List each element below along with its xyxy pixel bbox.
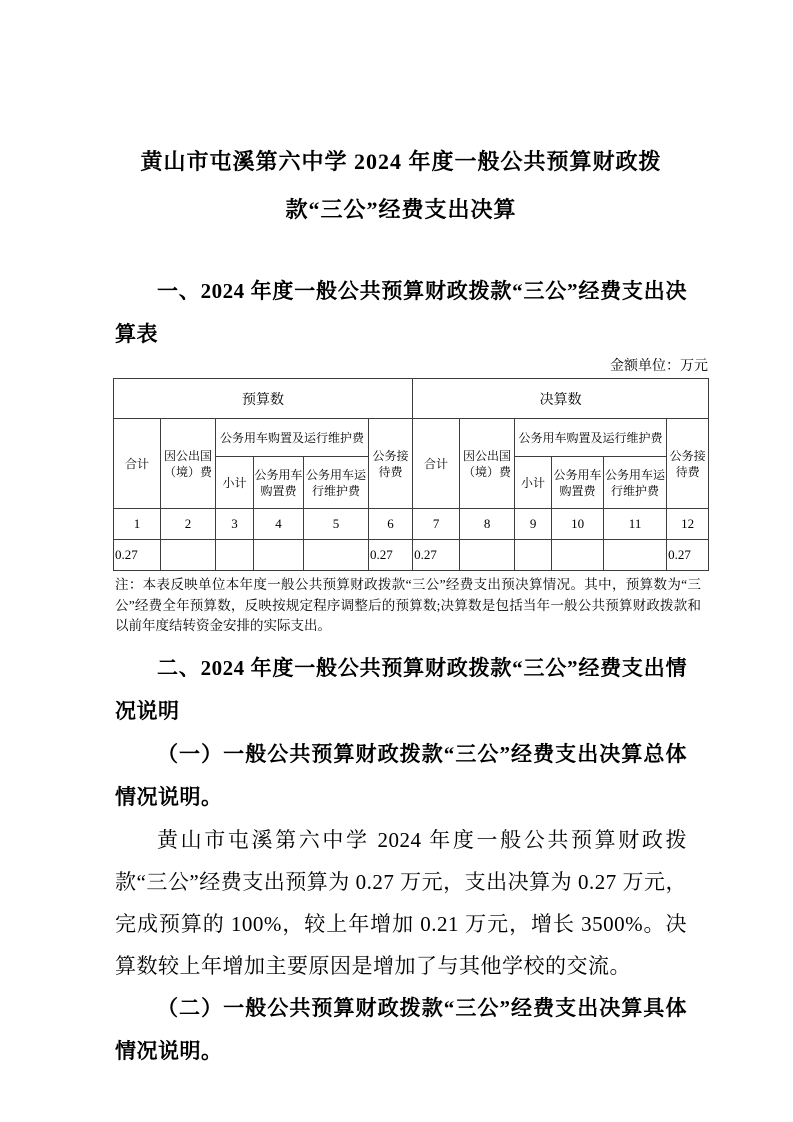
table-row-values: 0.27 0.27 0.27 0.27 (114, 540, 709, 571)
col-number: 12 (667, 509, 709, 540)
budget-reception-header: 公务接待费 (369, 419, 413, 509)
value-cell (604, 540, 667, 571)
budget-vehicle-purchase-header: 公务用车购置费 (254, 457, 304, 509)
final-vehicle-header: 公务用车购置及运行维护费 (515, 419, 667, 457)
section2-heading: 二、2024 年度一般公共预算财政拨款“三公”经费支出情况说明 (115, 647, 687, 733)
final-vehicle-purchase-header: 公务用车购置费 (552, 457, 604, 509)
final-group-header: 决算数 (413, 379, 709, 419)
summary-paragraph: 黄山市屯溪第六中学 2024 年度一般公共预算财政拨款“三公”经费支出预算为 0… (115, 819, 687, 987)
value-cell (254, 540, 304, 571)
budget-vehicle-header: 公务用车购置及运行维护费 (216, 419, 369, 457)
subsection2-heading: （二）一般公共预算财政拨款“三公”经费支出决算具体情况说明。 (115, 987, 687, 1073)
amount-unit-note: 金额单位：万元 (113, 358, 708, 376)
section1-heading: 一、2024 年度一般公共预算财政拨款“三公”经费支出决算表 (115, 270, 687, 356)
col-number: 3 (216, 509, 254, 540)
value-cell: 0.27 (667, 540, 709, 571)
table-row-subheaders-top: 合计 因公出国（境）费 公务用车购置及运行维护费 公务接待费 合计 因公出国（境… (114, 419, 709, 457)
final-reception-header: 公务接待费 (667, 419, 709, 509)
document-title: 黄山市屯溪第六中学 2024 年度一般公共预算财政拨 款“三公”经费支出决算 (115, 138, 687, 234)
budget-vehicle-subtotal-header: 小计 (216, 457, 254, 509)
document-page: 黄山市屯溪第六中学 2024 年度一般公共预算财政拨 款“三公”经费支出决算 一… (0, 0, 793, 1122)
col-number: 10 (552, 509, 604, 540)
value-cell (304, 540, 369, 571)
document-content: 黄山市屯溪第六中学 2024 年度一般公共预算财政拨 款“三公”经费支出决算 一… (115, 0, 687, 1073)
value-cell (515, 540, 552, 571)
document-title-line-1: 黄山市屯溪第六中学 2024 年度一般公共预算财政拨 (115, 138, 687, 186)
value-cell: 0.27 (114, 540, 161, 571)
col-number: 11 (604, 509, 667, 540)
value-cell: 0.27 (413, 540, 460, 571)
value-cell (552, 540, 604, 571)
table-row-column-numbers: 1 2 3 4 5 6 7 8 9 10 11 12 (114, 509, 709, 540)
final-vehicle-subtotal-header: 小计 (515, 457, 552, 509)
subsection1-heading: （一）一般公共预算财政拨款“三公”经费支出决算总体情况说明。 (115, 733, 687, 819)
col-number: 4 (254, 509, 304, 540)
budget-vehicle-maintenance-header: 公务用车运行维护费 (304, 457, 369, 509)
final-total-header: 合计 (413, 419, 460, 509)
budget-total-header: 合计 (114, 419, 161, 509)
final-vehicle-maintenance-header: 公务用车运行维护费 (604, 457, 667, 509)
col-number: 2 (161, 509, 216, 540)
table-row-group-headers: 预算数 决算数 (114, 379, 709, 419)
col-number: 9 (515, 509, 552, 540)
col-number: 1 (114, 509, 161, 540)
document-title-line-2: 款“三公”经费支出决算 (115, 186, 687, 234)
col-number: 7 (413, 509, 460, 540)
value-cell (460, 540, 515, 571)
col-number: 5 (304, 509, 369, 540)
sangong-expenditure-table: 预算数 决算数 合计 因公出国（境）费 公务用车购置及运行维护费 公务接待费 合… (113, 378, 709, 571)
budget-group-header: 预算数 (114, 379, 413, 419)
final-abroad-header: 因公出国（境）费 (460, 419, 515, 509)
table-footnote: 注：本表反映单位本年度一般公共预算财政拨款“三公”经费支出预决算情况。其中，预算… (115, 575, 701, 637)
col-number: 8 (460, 509, 515, 540)
value-cell: 0.27 (369, 540, 413, 571)
budget-abroad-header: 因公出国（境）费 (161, 419, 216, 509)
value-cell (216, 540, 254, 571)
col-number: 6 (369, 509, 413, 540)
value-cell (161, 540, 216, 571)
